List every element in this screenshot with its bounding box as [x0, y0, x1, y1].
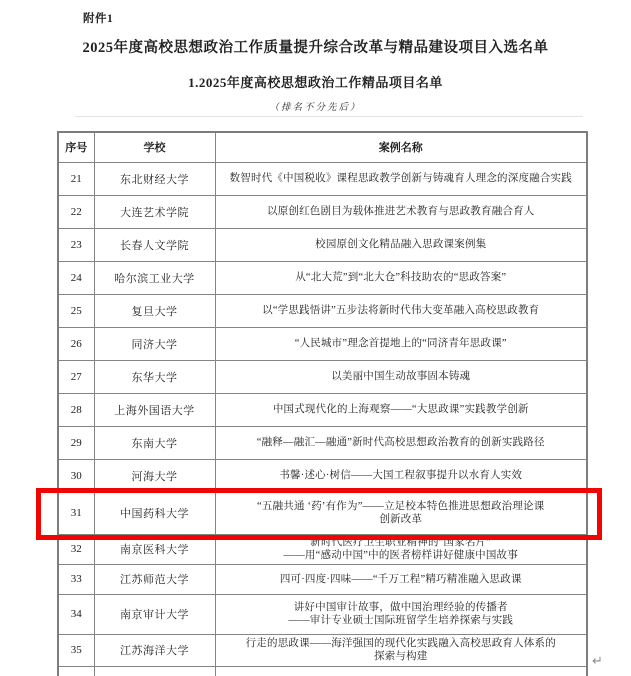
- row-index: 22: [58, 195, 94, 228]
- row-index: 25: [58, 294, 94, 327]
- school-cell: 长春人文学院: [94, 228, 215, 261]
- column-header-case: 案例名称: [215, 132, 587, 162]
- row-index: 21: [58, 162, 94, 195]
- page-title: 2025年度高校思想政治工作质量提升综合改革与精品建设项目入选名单: [0, 36, 631, 57]
- table-row: 21东北财经大学数智时代《中国税收》课程思政教学创新与铸魂育人理念的深度融合实践: [58, 162, 587, 195]
- row-index: 28: [58, 393, 94, 426]
- school-cell: 上海外国语大学: [94, 393, 215, 426]
- line-break-mark: ↵: [592, 654, 603, 669]
- case-name-cell: 数智时代《中国税收》课程思政教学创新与铸魂育人理念的深度融合实践: [215, 162, 587, 195]
- case-name-cell: 四可·四度·四味——“千万工程”精巧精准融入思政课: [215, 564, 587, 594]
- case-name-cell: 以“学思践悟讲”五步法将新时代伟大变革融入高校思政教育: [215, 294, 587, 327]
- school-cell: 哈尔滨工业大学: [94, 261, 215, 294]
- row-index: 29: [58, 426, 94, 459]
- page-subtitle: 1.2025年度高校思想政治工作精品项目名单: [0, 72, 631, 91]
- case-name-cell: 中国式现代化的上海观察——“大思政课”实践教学创新: [215, 393, 587, 426]
- case-name-cell: 以原创红色剧目为载体推进艺术教育与思政教育融合育人: [215, 195, 587, 228]
- school-cell: 南京审计大学: [94, 594, 215, 634]
- school-cell: 大连艺术学院: [94, 195, 215, 228]
- table-row: 28上海外国语大学中国式现代化的上海观察——“大思政课”实践教学创新: [58, 393, 587, 426]
- school-cell: 东南大学: [94, 426, 215, 459]
- row-index: 23: [58, 228, 94, 261]
- table-row: 26同济大学“人民城市”理念首提地上的“同济青年思政课”: [58, 327, 587, 360]
- case-name-cell: 讲好中国审计故事，做中国治理经验的传播者 ——审计专业硕士国际班留学生培养探索与…: [215, 594, 587, 634]
- case-name-cell: “融释—融汇—融通”新时代高校思想政治教育的创新实践路径: [215, 426, 587, 459]
- school-cell: 复旦大学: [94, 294, 215, 327]
- table-row-partial: [58, 666, 587, 676]
- case-name-cell: 行走的思政课——海洋强国的现代化实践融入高校思政育人体系的 探索与构建: [215, 634, 587, 666]
- school-cell: 东华大学: [94, 360, 215, 393]
- column-header-school: 学校: [94, 132, 215, 162]
- highlight-box: [36, 488, 602, 540]
- table-row: 23长春人文学院校园原创文化精品融入思政课案例集: [58, 228, 587, 261]
- table-row: 27东华大学以美丽中国生动故事固本铸魂: [58, 360, 587, 393]
- attachment-label: 附件1: [83, 10, 113, 26]
- column-header-index: 序号: [58, 132, 94, 162]
- table-row: 29东南大学“融释—融汇—融通”新时代高校思想政治教育的创新实践路径: [58, 426, 587, 459]
- row-index: 35: [58, 634, 94, 666]
- row-index: 27: [58, 360, 94, 393]
- document-page: 附件1 2025年度高校思想政治工作质量提升综合改革与精品建设项目入选名单 1.…: [0, 0, 631, 676]
- project-roster-table: 序号 学校 案例名称 21东北财经大学数智时代《中国税收》课程思政教学创新与铸魂…: [57, 131, 588, 676]
- row-index: 26: [58, 327, 94, 360]
- divider-rule: [75, 116, 583, 117]
- case-name-cell: 校园原创文化精品融入思政课案例集: [215, 228, 587, 261]
- row-index: 34: [58, 594, 94, 634]
- school-cell: 江苏师范大学: [94, 564, 215, 594]
- ranking-note: （排名不分先后）: [0, 99, 631, 113]
- row-index: 24: [58, 261, 94, 294]
- case-name-cell: 以美丽中国生动故事固本铸魂: [215, 360, 587, 393]
- school-cell: 同济大学: [94, 327, 215, 360]
- school-cell: 东北财经大学: [94, 162, 215, 195]
- case-name-cell: 从“北大荒”到“北大仓”科技助农的“思政答案”: [215, 261, 587, 294]
- table-row: 25复旦大学以“学思践悟讲”五步法将新时代伟大变革融入高校思政教育: [58, 294, 587, 327]
- table-row: 34南京审计大学讲好中国审计故事，做中国治理经验的传播者 ——审计专业硕士国际班…: [58, 594, 587, 634]
- table-row: 22大连艺术学院以原创红色剧目为载体推进艺术教育与思政教育融合育人: [58, 195, 587, 228]
- table-row: 35江苏海洋大学行走的思政课——海洋强国的现代化实践融入高校思政育人体系的 探索…: [58, 634, 587, 666]
- school-cell: 江苏海洋大学: [94, 634, 215, 666]
- table-header-row: 序号 学校 案例名称: [58, 132, 587, 162]
- case-name-cell: “人民城市”理念首提地上的“同济青年思政课”: [215, 327, 587, 360]
- row-index: 33: [58, 564, 94, 594]
- table-row: 24哈尔滨工业大学从“北大荒”到“北大仓”科技助农的“思政答案”: [58, 261, 587, 294]
- table-row: 33江苏师范大学四可·四度·四味——“千万工程”精巧精准融入思政课: [58, 564, 587, 594]
